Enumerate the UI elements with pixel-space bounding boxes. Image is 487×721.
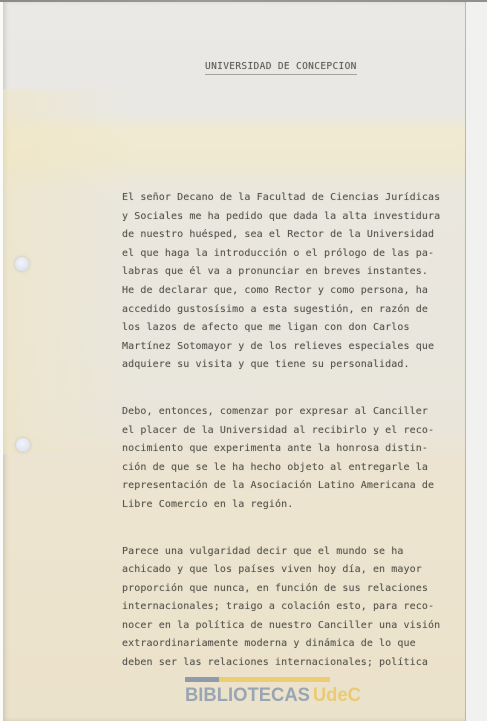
watermark-text-primary: BIBLIOTECAS bbox=[185, 685, 310, 706]
library-watermark: BIBLIOTECASUdeC bbox=[185, 677, 345, 707]
scan-right-strip bbox=[465, 0, 487, 721]
page-title: UNIVERSIDAD DE CONCEPCION bbox=[205, 61, 357, 75]
document-page: UNIVERSIDAD DE CONCEPCION El señor Decan… bbox=[3, 1, 466, 721]
paragraph: Parece una vulgaridad decir que el mundo… bbox=[122, 543, 457, 673]
watermark-text-secondary: UdeC bbox=[313, 685, 361, 706]
punch-hole-icon bbox=[16, 438, 30, 452]
paragraph: El señor Decano de la Facultad de Cienci… bbox=[122, 189, 457, 375]
document-body: El señor Decano de la Facultad de Cienci… bbox=[122, 189, 457, 701]
watermark-bar bbox=[185, 677, 330, 682]
punch-hole-icon bbox=[15, 257, 29, 271]
scan-top-edge bbox=[0, 0, 487, 2]
watermark-bar-right bbox=[219, 677, 330, 682]
paragraph: Debo, entonces, comenzar por expresar al… bbox=[122, 403, 457, 515]
watermark-text: BIBLIOTECASUdeC bbox=[185, 685, 340, 707]
paper-discoloration bbox=[3, 89, 133, 454]
scan-left-strip bbox=[0, 0, 3, 721]
watermark-bar-left bbox=[185, 677, 219, 682]
